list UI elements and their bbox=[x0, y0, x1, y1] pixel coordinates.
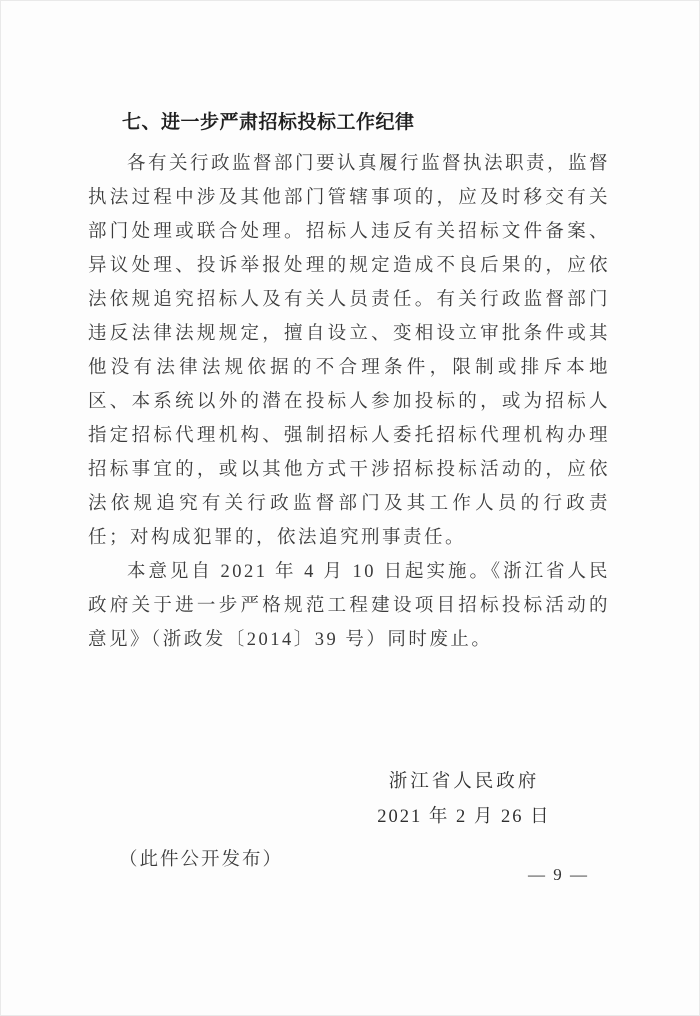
section-heading: 七、进一步严肃招标投标工作纪律 bbox=[88, 111, 610, 135]
page-number: — 9 — bbox=[528, 865, 589, 885]
signature-date: 2021 年 2 月 26 日 bbox=[324, 800, 604, 835]
document-page: 七、进一步严肃招标投标工作纪律 各有关行政监督部门要认真履行监督执法职责，监督执… bbox=[0, 0, 700, 1016]
paragraph-enforcement-discipline: 各有关行政监督部门要认真履行监督执法职责，监督执法过程中涉及其他部门管辖事项的，… bbox=[88, 147, 610, 555]
signature-block: 浙江省人民政府 2021 年 2 月 26 日 bbox=[324, 765, 604, 835]
document-body: 七、进一步严肃招标投标工作纪律 各有关行政监督部门要认真履行监督执法职责，监督执… bbox=[88, 111, 610, 877]
signature-issuer: 浙江省人民政府 bbox=[324, 765, 604, 800]
paragraph-effective-date: 本意见自 2021 年 4 月 10 日起实施。《浙江省人民政府关于进一步严格规… bbox=[88, 555, 610, 657]
